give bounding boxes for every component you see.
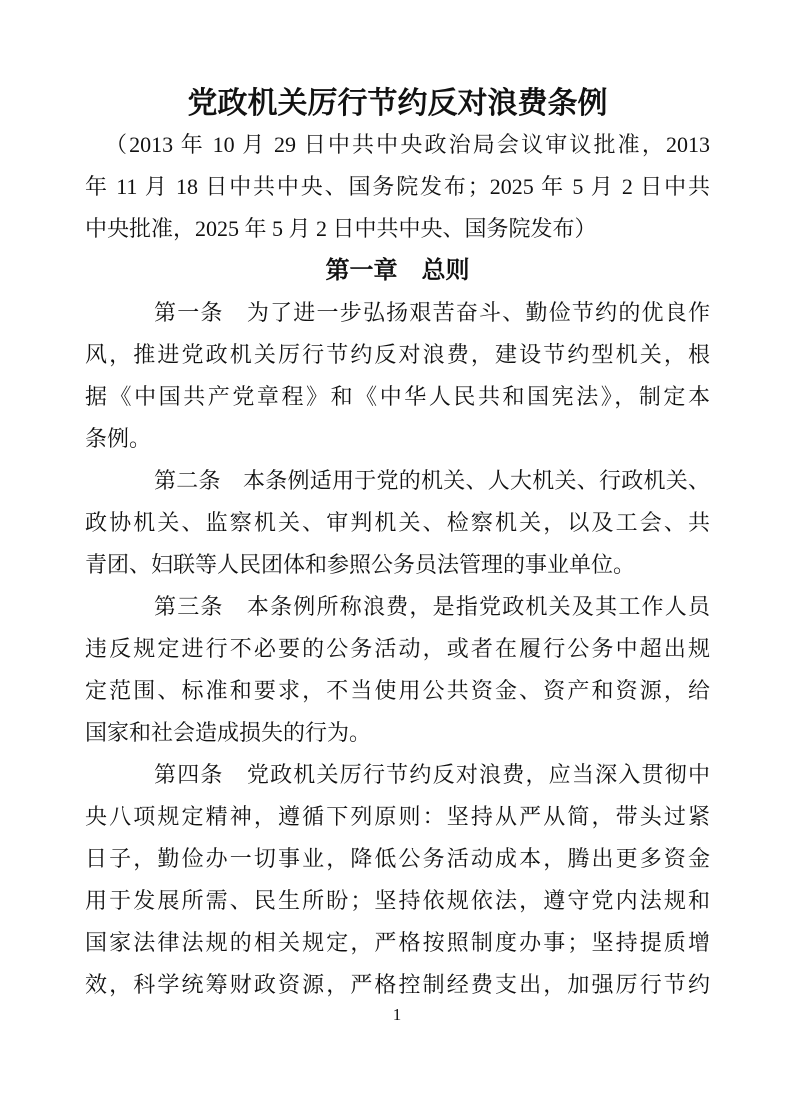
article-3: 第三条 本条例所称浪费，是指党政机关及其工作人员违反规定进行不必要的公务活动，或…	[85, 586, 710, 754]
article-1-line-3: 据《中国共产党章程》和《中华人民共和国宪法》，制定本	[85, 376, 710, 418]
chapter-1-heading: 第一章 总则	[85, 250, 710, 292]
document-body: （2013 年 10 月 29 日中共中央政治局会议审议批准，2013年 11 …	[85, 124, 710, 1006]
promulgation-note-line-2: 年 11 月 18 日中共中央、国务院发布；2025 年 5 月 2 日中共	[85, 166, 710, 208]
document-page: 党政机关厉行节约反对浪费条例 （2013 年 10 月 29 日中共中央政治局会…	[0, 0, 794, 1108]
article-3-line-1: 第三条 本条例所称浪费，是指党政机关及其工作人员	[85, 586, 710, 628]
article-4-line-5: 国家法律法规的相关规定，严格按照制度办事；坚持提质增	[85, 922, 710, 964]
article-1-line-2: 风，推进党政机关厉行节约反对浪费，建设节约型机关，根	[85, 334, 710, 376]
article-3-line-3: 定范围、标准和要求，不当使用公共资金、资产和资源，给	[85, 670, 710, 712]
promulgation-note-line-1: （2013 年 10 月 29 日中共中央政治局会议审议批准，2013	[85, 124, 710, 166]
article-1: 第一条 为了进一步弘扬艰苦奋斗、勤俭节约的优良作风，推进党政机关厉行节约反对浪费…	[85, 292, 710, 460]
article-4-line-4: 用于发展所需、民生所盼；坚持依规依法，遵守党内法规和	[85, 880, 710, 922]
article-4-line-2: 央八项规定精神，遵循下列原则：坚持从严从简，带头过紧	[85, 796, 710, 838]
article-2: 第二条 本条例适用于党的机关、人大机关、行政机关、政协机关、监察机关、审判机关、…	[85, 460, 710, 586]
promulgation-note: （2013 年 10 月 29 日中共中央政治局会议审议批准，2013年 11 …	[85, 124, 710, 250]
article-3-line-4: 国家和社会造成损失的行为。	[85, 712, 710, 754]
article-4-line-3: 日子，勤俭办一切事业，降低公务活动成本，腾出更多资金	[85, 838, 710, 880]
article-2-line-3: 青团、妇联等人民团体和参照公务员法管理的事业单位。	[85, 544, 710, 586]
article-3-line-2: 违反规定进行不必要的公务活动，或者在履行公务中超出规	[85, 628, 710, 670]
article-2-line-2: 政协机关、监察机关、审判机关、检察机关，以及工会、共	[85, 502, 710, 544]
article-4: 第四条 党政机关厉行节约反对浪费，应当深入贯彻中央八项规定精神，遵循下列原则：坚…	[85, 754, 710, 1006]
document-title: 党政机关厉行节约反对浪费条例	[85, 84, 710, 124]
article-1-line-1: 第一条 为了进一步弘扬艰苦奋斗、勤俭节约的优良作	[85, 292, 710, 334]
promulgation-note-line-3: 中央批准，2025 年 5 月 2 日中共中央、国务院发布）	[85, 208, 710, 250]
article-4-line-6: 效，科学统筹财政资源，严格控制经费支出，加强厉行节约	[85, 964, 710, 1006]
article-1-line-4: 条例。	[85, 418, 710, 460]
article-4-line-1: 第四条 党政机关厉行节约反对浪费，应当深入贯彻中	[85, 754, 710, 796]
page-number: 1	[0, 1002, 794, 1028]
article-2-line-1: 第二条 本条例适用于党的机关、人大机关、行政机关、	[85, 460, 710, 502]
